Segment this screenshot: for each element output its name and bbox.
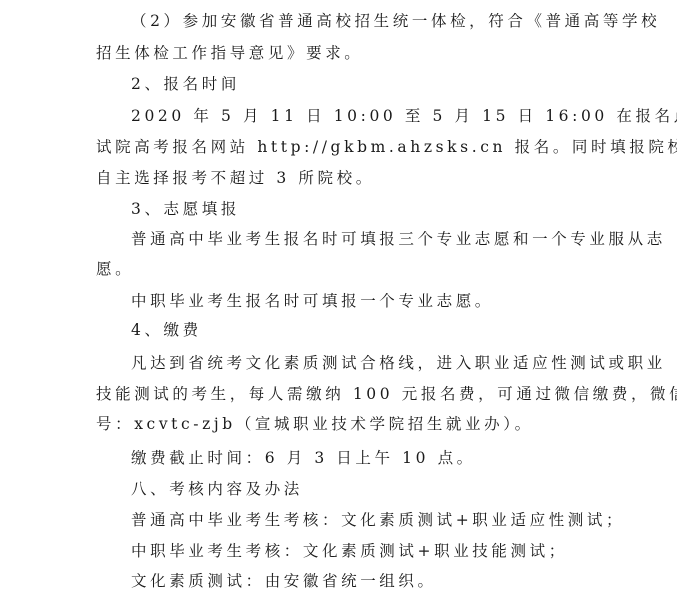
line-high-school-choices-cont: 愿。 xyxy=(96,254,586,285)
line-fee-wechat-account: 号：xcvtc-zjb（宣城职业技术学院招生就业办）。 xyxy=(96,409,586,440)
line-health-check-requirement-cont: 招生体检工作指导意见》要求。 xyxy=(96,38,586,69)
line-cultural-test: 文化素质测试：由安徽省统一组织。 xyxy=(131,566,621,597)
line-registration-college-limit: 自主选择报考不超过 3 所院校。 xyxy=(96,163,586,194)
line-registration-website: 试院高考报名网站 http://gkbm.ahzsks.cn 报名。同时填报院校… xyxy=(96,132,586,163)
heading-registration-time: 2、报名时间 xyxy=(131,69,621,100)
line-high-school-assessment: 普通高中毕业考生考核：文化素质测试+职业适应性测试； xyxy=(131,505,621,536)
heading-assessment-content: 八、考核内容及办法 xyxy=(131,474,621,505)
line-fee-deadline: 缴费截止时间：6 月 3 日上午 10 点。 xyxy=(131,443,621,474)
line-vocational-choices: 中职毕业考生报名时可填报一个专业志愿。 xyxy=(131,286,621,317)
line-fee-amount: 技能测试的考生，每人需缴纳 100 元报名费，可通过微信缴费，微信 xyxy=(96,379,586,410)
line-vocational-assessment: 中职毕业考生考核：文化素质测试+职业技能测试； xyxy=(131,536,621,567)
line-health-check-requirement: （2）参加安徽省普通高校招生统一体检，符合《普通高等学校 xyxy=(131,6,621,37)
line-registration-date: 2020 年 5 月 11 日 10:00 至 5 月 15 日 16:00 在… xyxy=(131,101,621,132)
line-fee-eligibility: 凡达到省统考文化素质测试合格线，进入职业适应性测试或职业 xyxy=(131,348,621,379)
line-high-school-choices: 普通高中毕业考生报名时可填报三个专业志愿和一个专业服从志 xyxy=(131,224,621,255)
heading-fee-payment: 4、缴费 xyxy=(131,315,621,346)
heading-application-choices: 3、志愿填报 xyxy=(131,194,621,225)
document-page: （2）参加安徽省普通高校招生统一体检，符合《普通高等学校 招生体检工作指导意见》… xyxy=(0,0,677,606)
